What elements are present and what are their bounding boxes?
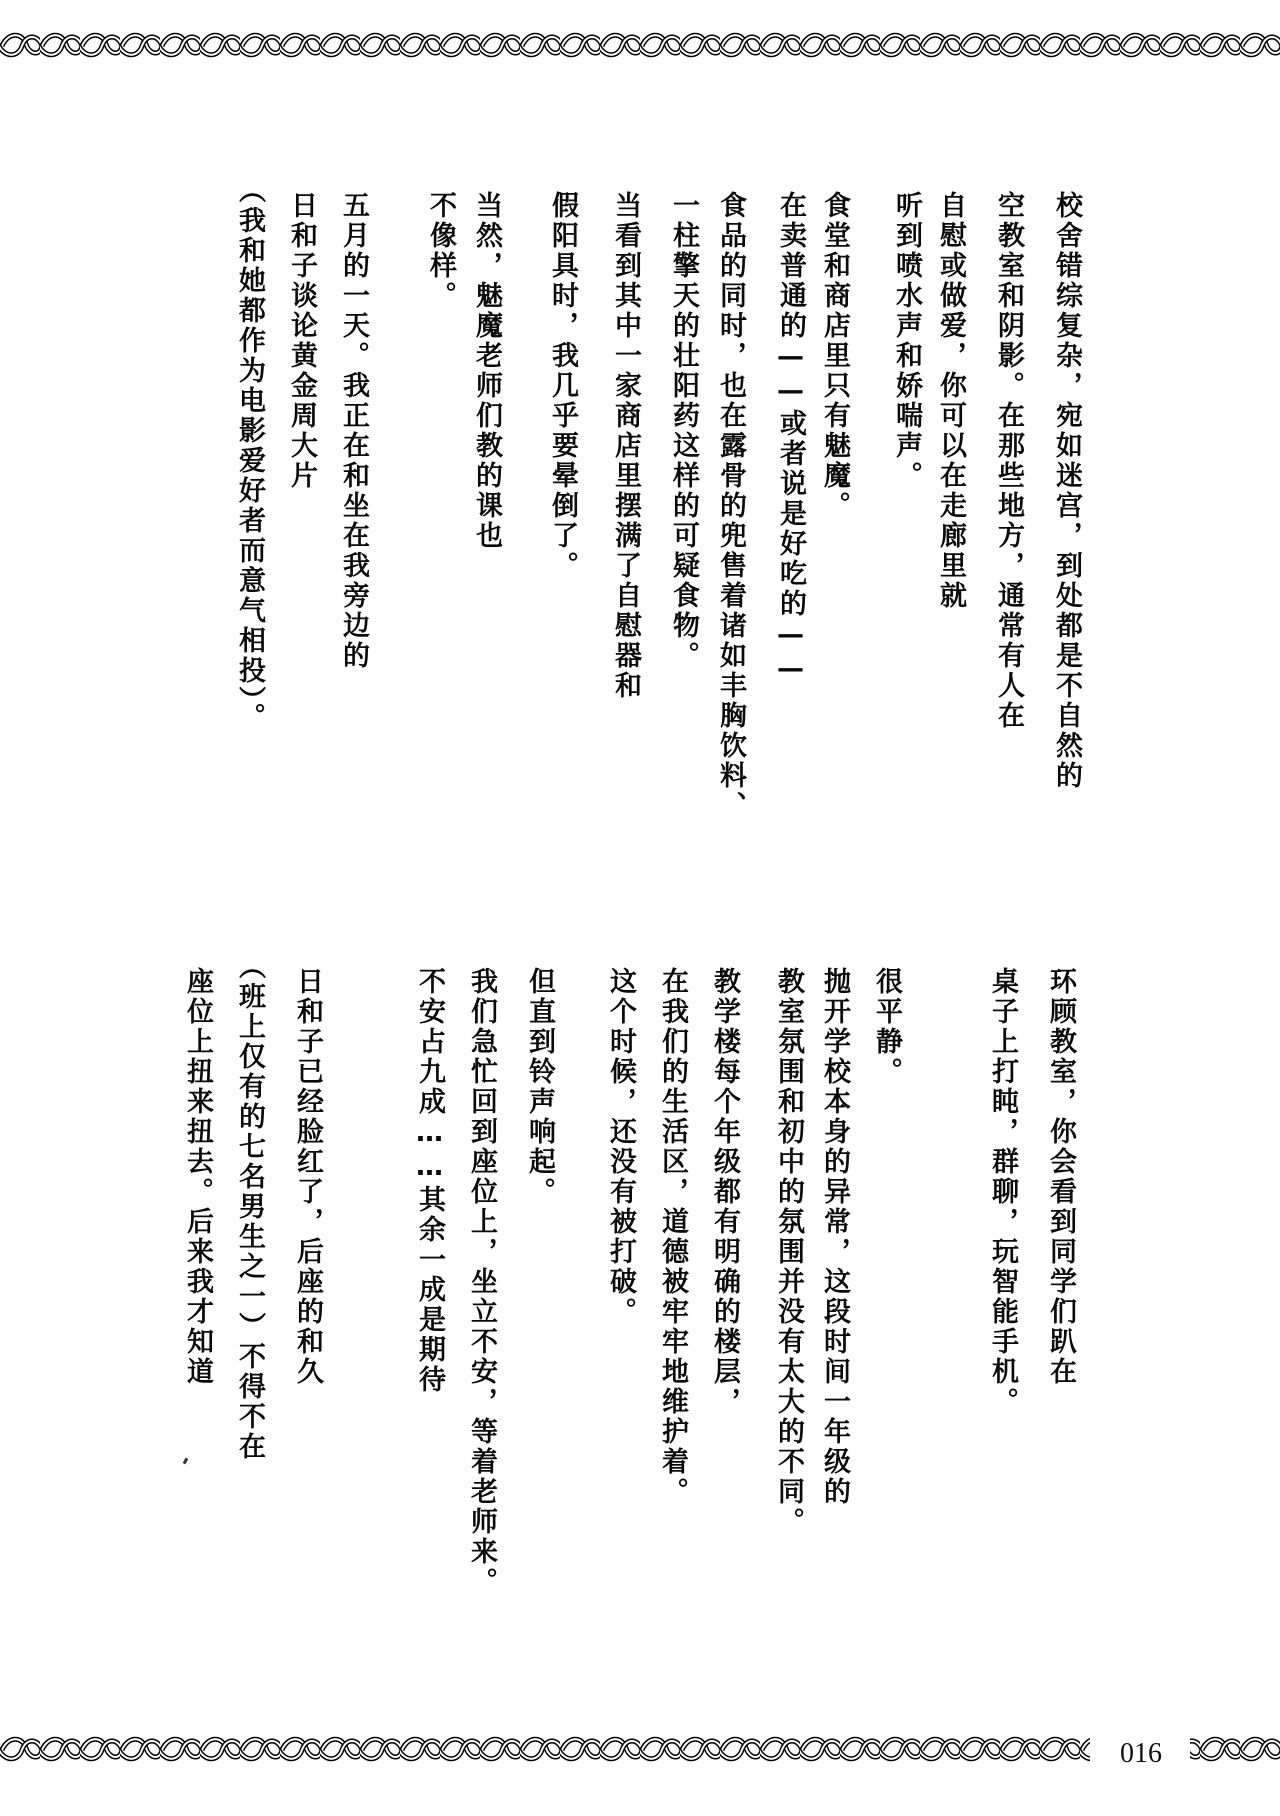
text-column: 在卖普通的——或者说是好吃的—— [775, 191, 805, 687]
text-column: 座位上扭来扭去。后来我才知道 [182, 967, 212, 1387]
text-column: （班上仅有的七名男生之一）不得不在 [234, 952, 264, 1462]
text-column: 但直到铃声响起。 [524, 967, 554, 1207]
text-column: （我和她都作为电影爱好者而意气相投）。 [234, 176, 264, 733]
text-column: 五月的一天。我正在和坐在我旁边的 [338, 191, 368, 671]
text-column: 教室氛围和初中的氛围并没有太大的不同。 [773, 967, 803, 1537]
text-column: 校舍错综复杂，宛如迷宫，到处都是不自然的 [1051, 191, 1081, 791]
text-column: 很平静。 [871, 967, 901, 1087]
text-column: 桌子上打盹，群聊，玩智能手机。 [987, 967, 1017, 1417]
text-column: 空教室和阴影。在那些地方，通常有人在 [993, 191, 1023, 731]
text-column: 教学楼每个年级都有明确的楼层， [709, 967, 739, 1417]
chain-border-bottom-icon [0, 1728, 1280, 1768]
text-column: 听到喷水声和娇喘声。 [891, 191, 921, 491]
chain-border-top-icon [0, 24, 1280, 64]
text-column: 抛开学校本身的异常，这段时间一年级的 [819, 967, 849, 1507]
text-column: 自慰或做爱，你可以在走廊里就 [935, 191, 965, 611]
text-column: 不安占九成……其余一成是期待 [414, 967, 444, 1395]
text-column: 当看到其中一家商店里摆满了自慰器和 [610, 191, 640, 701]
text-column: 我们急忙回到座位上，坐立不安，等着老师来。 [466, 967, 496, 1597]
text-column: 假阳具时，我几乎要晕倒了。 [547, 191, 577, 581]
ink-speck [183, 1458, 189, 1465]
text-column: 不像样。 [425, 191, 455, 311]
page-number: 016 [1120, 1738, 1162, 1770]
text-column: 这个时候，还没有被打破。 [605, 967, 635, 1327]
text-column: 食品的同时，也在露骨的兜售着诸如丰胸饮料、 [715, 191, 745, 821]
text-column: 环顾教室，你会看到同学们趴在 [1045, 967, 1075, 1387]
text-column: 日和子谈论黄金周大片 [286, 191, 316, 491]
text-column: 一柱擎天的壮阳药这样的可疑食物。 [668, 191, 698, 671]
text-column: 日和子已经脸红了，后座的和久 [292, 967, 322, 1387]
text-column: 在我们的生活区，道德被牢牢地维护着。 [657, 967, 687, 1507]
text-column: 食堂和商店里只有魅魔。 [819, 191, 849, 521]
text-column: 当然，魅魔老师们教的课也 [471, 191, 501, 551]
